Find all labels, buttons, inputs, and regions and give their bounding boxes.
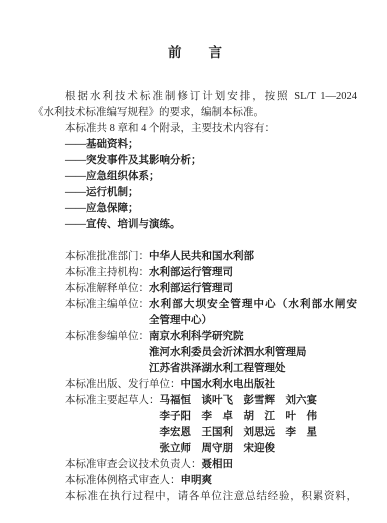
credit-value-line: 张立师 周守朋 宋迎俊 (160, 441, 358, 457)
foreword-page: 前 言 根据水利技术标准制修订计划安排，按照 SL/T 1—2024 《水利技术… (0, 0, 387, 523)
credit-row-host-organization: 本标准主持机构： 水利部运行管理司 (33, 265, 357, 281)
closing-note: 本标准在执行过程中，请各单位注意总结经验，积累资料， (33, 489, 357, 505)
contents-item-publicity-training: ——宣传、培训与演练。 (33, 217, 357, 233)
credit-row-main-drafters: 本标准主要起草人： 马福恒 谈叶飞 彭雪辉 刘六宴 李子阳 李 卓 胡 江 叶 … (33, 393, 357, 457)
credit-value: 水利部运行管理司 (149, 265, 357, 281)
credit-row-interpretation-unit: 本标准解释单位： 水利部运行管理司 (33, 281, 357, 297)
credit-row-participating-units: 本标准参编单位： 南京水利科学研究院 淮河水利委员会沂沭泗水利管理局 江苏省洪泽… (33, 329, 357, 377)
credit-row-chief-editing-unit: 本标准主编单位： 水利部大坝安全管理中心（水利部水闸安 全管理中心） (33, 297, 357, 329)
page-title: 前 言 (33, 45, 357, 61)
credit-value: 水利部大坝安全管理中心（水利部水闸安 全管理中心） (149, 297, 357, 329)
credit-value-line: 江苏省洪泽湖水利工程管理处 (149, 361, 357, 377)
credit-value: 中华人民共和国水利部 (149, 249, 357, 265)
contents-item-emergency-organization: ——应急组织体系； (33, 169, 357, 185)
intro-line-1: 根据水利技术标准制修订计划安排，按照 SL/T 1—2024 (33, 89, 357, 105)
credit-label: 本标准主编单位： (65, 297, 149, 329)
credit-value: 申明爽 (181, 473, 358, 489)
contents-item-basic-data: ——基础资料； (33, 137, 357, 153)
credit-value: 南京水利科学研究院 淮河水利委员会沂沭泗水利管理局 江苏省洪泽湖水利工程管理处 (149, 329, 357, 377)
credit-label: 本标准主持机构： (65, 265, 149, 281)
credit-value-line: 中国水利水电出版社 (181, 377, 358, 393)
page-content: 前 言 根据水利技术标准制修订计划安排，按照 SL/T 1—2024 《水利技术… (33, 45, 357, 505)
credit-row-format-reviewer: 本标准体例格式审查人： 申明爽 (33, 473, 357, 489)
credit-value-line: 水利部运行管理司 (149, 281, 357, 297)
credit-row-review-technical-lead: 本标准审查会议技术负责人： 聂相田 (33, 457, 357, 473)
credit-row-publisher: 本标准出版、发行单位： 中国水利水电出版社 (33, 377, 357, 393)
credits-block: 本标准批准部门： 中华人民共和国水利部 本标准主持机构： 水利部运行管理司 本标… (33, 249, 357, 489)
credit-label: 本标准体例格式审查人： (65, 473, 181, 489)
credit-label: 本标准批准部门： (65, 249, 149, 265)
credit-value-line: 李子阳 李 卓 胡 江 叶 伟 (160, 409, 358, 425)
credit-value-line: 全管理中心） (149, 313, 357, 329)
credit-label: 本标准审查会议技术负责人： (65, 457, 202, 473)
credit-value-line: 中华人民共和国水利部 (149, 249, 357, 265)
credit-value-line: 申明爽 (181, 473, 358, 489)
contents-item-incident-analysis: ——突发事件及其影响分析； (33, 153, 357, 169)
contents-item-operating-mechanism: ——运行机制； (33, 185, 357, 201)
credit-label: 本标准解释单位： (65, 281, 149, 297)
credit-value-line: 李宏恩 王国利 刘思远 李 星 (160, 425, 358, 441)
credit-row-approval-department: 本标准批准部门： 中华人民共和国水利部 (33, 249, 357, 265)
credit-value-line: 淮河水利委员会沂沭泗水利管理局 (149, 345, 357, 361)
credit-value-line: 南京水利科学研究院 (149, 329, 357, 345)
credit-value-line: 水利部运行管理司 (149, 265, 357, 281)
credit-value-line: 聂相田 (202, 457, 358, 473)
credit-value: 马福恒 谈叶飞 彭雪辉 刘六宴 李子阳 李 卓 胡 江 叶 伟 李宏恩 王国利 … (160, 393, 358, 457)
contents-lead: 本标准共 8 章和 4 个附录，主要技术内容有： (33, 121, 357, 137)
credit-value-line: 水利部大坝安全管理中心（水利部水闸安 (149, 297, 357, 313)
credit-value: 水利部运行管理司 (149, 281, 357, 297)
intro-line-2: 《水利技术标准编写规程》的要求，编制本标准。 (33, 105, 357, 121)
credit-value-line: 马福恒 谈叶飞 彭雪辉 刘六宴 (160, 393, 358, 409)
credit-label: 本标准主要起草人： (65, 393, 160, 457)
contents-item-emergency-support: ——应急保障； (33, 201, 357, 217)
credit-value: 中国水利水电出版社 (181, 377, 358, 393)
credit-label: 本标准参编单位： (65, 329, 149, 377)
credit-value: 聂相田 (202, 457, 358, 473)
credit-label: 本标准出版、发行单位： (65, 377, 181, 393)
